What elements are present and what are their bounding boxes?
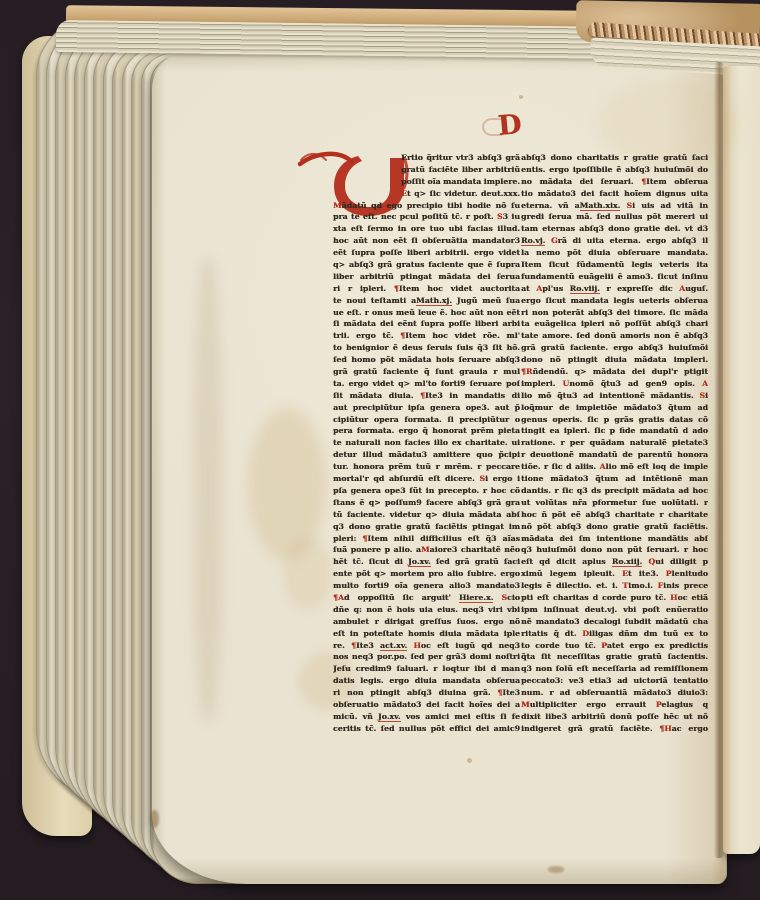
text-line: nẽ mandato3 decalogi ſubdit mãdatũ cha bbox=[521, 616, 708, 628]
text-line: ta. ergo videt q> ml'to forti9 ſeruare p… bbox=[333, 378, 520, 390]
text-line: ta euãgelica ipleri nõ poſſũt abſq3 char… bbox=[521, 318, 708, 330]
text-line: ri non ptingit abſq3 diuina grã. ¶Ite3 bbox=[333, 687, 520, 699]
text-line: to corde tuo tc̃. Patet ergo ex predicti… bbox=[521, 640, 708, 652]
text-line: q3 huiuſmõi dono non pũt ſeruari. r hoc bbox=[521, 544, 708, 556]
text-line: lio mõ q̃tu3 ad intentionẽ mãdantis. Si bbox=[521, 390, 708, 402]
text-line: r deuotionẽ mandatũ de parentũ honora bbox=[521, 449, 708, 461]
text-line: q̃ta ſit neceſſitas gratie gratũ ſacient… bbox=[521, 651, 708, 663]
text-line: mortal'r qd abſurdũ eſt dicere. Si ergo … bbox=[333, 473, 520, 485]
text-line: aut precipiũtur ipſa genera ope3. aut p̃ bbox=[333, 402, 520, 414]
text-line: genus operis. ſic p grãs gratis datas cõ bbox=[521, 414, 708, 426]
text-line: ſi mãdata dei eẽnt ſupra poſſe liberi ar… bbox=[333, 318, 520, 330]
quire-mark: D bbox=[497, 109, 523, 142]
text-line: no mãdata dei ſeruari. ¶Item obſerua bbox=[521, 176, 708, 188]
text-line: ri r ipleri. ¶Item hoc videt auctorita bbox=[333, 283, 520, 295]
text-line: num. r ad obſeruantiã mãdato3 diuio3: bbox=[521, 687, 708, 699]
text-line: tio mãdato3 dei facit hoĩem dignus uita bbox=[521, 188, 708, 200]
text-line: at Apl'us Ro.viij. r expreſſe dic Auguſ. bbox=[521, 283, 708, 295]
text-line: q3 dono gratie gratũ faciẽtis ptingat im bbox=[333, 521, 520, 533]
text-line: ceritis tc̃. ſed nullus põt effici dei a… bbox=[333, 723, 520, 735]
text-line: liber arbitriũ ptingat mãdata dei ſerua bbox=[333, 271, 520, 283]
text-line: entis. ergo ipoſſibile ẽ abſq3 huiuſmõi … bbox=[521, 164, 708, 176]
text-line: ximũ legem ipleuit. Et ite3. Plenitudo bbox=[521, 568, 708, 580]
text-line: indigeret grã gratũ faciẽte. ¶Hac ergo bbox=[521, 723, 708, 735]
text-line: gredi ſerua mã. ſed nullus põt mereri ui bbox=[521, 211, 708, 223]
text-line: hoc ñ põt eẽ abſq3 charitate r charitate bbox=[521, 509, 708, 521]
open-book-photo: D Ertio q̃ritur vtr3 abſq3 grãgratũ faci… bbox=[0, 0, 760, 900]
text-line: peccato3: ve3 etia3 ad uictoriã tentatio bbox=[521, 675, 708, 687]
text-line: q> abſq3 grã gratus faciente que ẽ ſupra bbox=[333, 259, 520, 271]
text-line: Mãdatũ qd ego precipio tibi hodie nõ ſu bbox=[333, 200, 520, 212]
text-line: to benignior ẽ deus ſeruis ſuis q̃3 ſit … bbox=[333, 342, 520, 354]
text-line: legis ẽ dilectio. et. i. Timo.i. Finis p… bbox=[521, 580, 708, 592]
text-column-left: Ertio q̃ritur vtr3 abſq3 grãgratũ faciẽt… bbox=[333, 152, 520, 735]
text-line: poſſit oĩa mandata implere. bbox=[333, 176, 520, 188]
text-line: pleri: ¶Item nihil difficilius eſt q̃3 a… bbox=[333, 533, 520, 545]
text-line: ambulet r dirigat greſſus ſuos. ergo nõ bbox=[333, 616, 520, 628]
text-line: ue eſt. r onus meũ leue ẽ. hoc aũt non e… bbox=[333, 307, 520, 319]
text-line: pera formata. ergo q̃ honorat prẽm pieta bbox=[333, 425, 520, 437]
text-line: pſa genera ope3 ſũt in precepto. r hoc c… bbox=[333, 485, 520, 497]
text-line: ſit mãdata diuia. ¶Ite3 in mandatis di bbox=[333, 390, 520, 402]
text-line: tione mãdato3 q̃tum ad intẽtionẽ man bbox=[521, 473, 708, 485]
text-line: Jeſu credim9 ſaluari. r loqtur ibi d man bbox=[333, 663, 520, 675]
text-line: tate amore. ſed donũ amoris non ẽ abſq3 bbox=[521, 330, 708, 342]
text-line: datis legis. ergo diuia mandata obſerua bbox=[333, 675, 520, 687]
text-line: ri non poterãt abſq3 dei timore. ſic mãd… bbox=[521, 307, 708, 319]
text-line: nõ põt abſq3 dono gratie gratũ faciẽtis. bbox=[521, 521, 708, 533]
text-line: grã gratũ faciente. ergo abſq3 huiuſmõi bbox=[521, 342, 708, 354]
text-line: impleri. Unomõ q̃tu3 ad gen9 opis. A bbox=[521, 378, 708, 390]
text-line: dantis. r ſic q3 ds precipit mãdata ad h… bbox=[521, 485, 708, 497]
text-column-right: abſq3 dono charitatis r gratie gratũ ſac… bbox=[521, 152, 708, 735]
text-line: grã gratũ faciente q̃ ſunt grauia r mul bbox=[333, 366, 520, 378]
text-line: dñe q: non ẽ hois uia eius. neq3 viri vb… bbox=[333, 604, 520, 616]
text-line: eſt in poteſtate homis diuia mãdata iple bbox=[333, 628, 520, 640]
text-line: tingit ea ipleri. ſic p fide mandatũ d a… bbox=[521, 425, 708, 437]
text-line: pti eſt charitas d corde puro tc̃. Hoc e… bbox=[521, 592, 708, 604]
text-line: cipiũtur opera formata. ſi precipiũtur o bbox=[333, 414, 520, 426]
text-line: loq̃mur de impletiõe mãdato3 q̃tum ad bbox=[521, 402, 708, 414]
text-line: eterna. vñ aMath.xix. Si uis ad vitã in bbox=[521, 200, 708, 212]
text-line: multo forti9 oĩa genera alio3 mandato3 bbox=[333, 580, 520, 592]
text-line: micũ. vñ Jo.xv. vos amici mei eſtis ſi f… bbox=[333, 711, 520, 723]
text-line: ¶Ad oppoſitũ ſic arguit' Hiere.x. Scio bbox=[333, 592, 520, 604]
text-line: tiõe. r ſic d aliis. Alio mõ eſt loq de … bbox=[521, 461, 708, 473]
facing-page-strip bbox=[723, 66, 760, 854]
text-line: ſuã ponere p alio. aMaiore3 charitatẽ nẽ… bbox=[333, 544, 520, 556]
text-line: detur illud mãdatu3 amittere quo p̃cipi bbox=[333, 449, 520, 461]
text-line: mãdata dei ſm intentione mandãtis abſ bbox=[521, 533, 708, 545]
text-line: Item ſicut fũdamentũ legis veteris ita bbox=[521, 259, 708, 271]
text-line: ente põt q> mortem pro alio ſubire. ergo bbox=[333, 568, 520, 580]
text-line: trii. ergo tc̃. ¶Item hoc videt rõe. ml' bbox=[333, 330, 520, 342]
text-line: hẽt tc̃. ſicut di Jo.xv. ſed grã gratũ ſ… bbox=[333, 556, 520, 568]
text-line: tur. honora prẽm tuũ r mrẽm. r peccare bbox=[333, 461, 520, 473]
text-line: dixit libe3 arbitriũ donũ poſſe hẽc ut n… bbox=[521, 711, 708, 723]
text-line: obſeruatio mãdato3 dei facit hoĩes dei a bbox=[333, 699, 520, 711]
text-line: ¶Rñdendũ. q> mãdata dei dupl'r ptigit bbox=[521, 366, 708, 378]
text-line: Ertio q̃ritur vtr3 abſq3 grã bbox=[333, 152, 520, 164]
text-line: gratũ faciẽte liber arbitriũ bbox=[333, 164, 520, 176]
text-line: ſed homo põt mãdata hois ſeruare abſq3 bbox=[333, 354, 520, 366]
text-line: te noui teſtamti aMath.xj. Jugũ meũ ſua bbox=[333, 295, 520, 307]
text-line: ut volũtas nr̃a pformetur ſue uolũtati. … bbox=[521, 497, 708, 509]
text-line: xta eſt ſermo in ore tuo ubi facias illu… bbox=[333, 223, 520, 235]
text-line: Et q> ſic videtur. deut.xxx. bbox=[333, 188, 520, 200]
text-line: eẽt ſupra poſſe liberi arbitrii. ergo vi… bbox=[333, 247, 520, 259]
text-line: tam eternas abſq3 dono gratie dei. vt d3 bbox=[521, 223, 708, 235]
text-line: q3 non ſolũ eſt neceſſaria ad remiſſione… bbox=[521, 663, 708, 675]
text-line: ergo ſicut mandata legis ueteris obſerua bbox=[521, 295, 708, 307]
text-line: abſq3 dono charitatis r gratie gratũ ſac… bbox=[521, 152, 708, 164]
text-line: nos neq3 por.po. ſed per grã3 domi noſtr… bbox=[333, 651, 520, 663]
text-line: ratione. r per quãdam naturalẽ pietate3 bbox=[521, 437, 708, 449]
text-line: Ro.vj. Grã di uita eterna. ergo abſq3 il bbox=[521, 235, 708, 247]
text-line: fundamentũ euãgelii ẽ amo3. ſicut inſinu bbox=[521, 271, 708, 283]
text-line: ritatis q̃ dt. Diligas dñm dm tuũ ex to bbox=[521, 628, 708, 640]
text-line: ipm inſinuat deut.vj. vbi poſt enũeratio bbox=[521, 604, 708, 616]
text-line: ſtans ẽ q> poſſum9 facere abſq3 grã gra bbox=[333, 497, 520, 509]
text-line: tũ faciente. videtur q> diuia mãdata abſ bbox=[333, 509, 520, 521]
text-line: dono nõ ptingit diuia mãdata impleri. bbox=[521, 354, 708, 366]
text-line: Multipliciter ergo errauit Pelagius q bbox=[521, 699, 708, 711]
text-line: hoc aũt non eẽt ſi obſeruãtia mandator3 bbox=[333, 235, 520, 247]
text-line: la nemo põt diuia obſeruare mandata. bbox=[521, 247, 708, 259]
text-line: eſt qd dicit aplus Ro.xiij. Qui diligit … bbox=[521, 556, 708, 568]
text-line: te naturali non facies illo ex charitate… bbox=[333, 437, 520, 449]
text-line: re. ¶Ite3 act.xv. Hoc eſt iugũ qd neq3 bbox=[333, 640, 520, 652]
text-line: pra te eſt. nec pcul poſitũ tc̃. r poſt.… bbox=[333, 211, 520, 223]
